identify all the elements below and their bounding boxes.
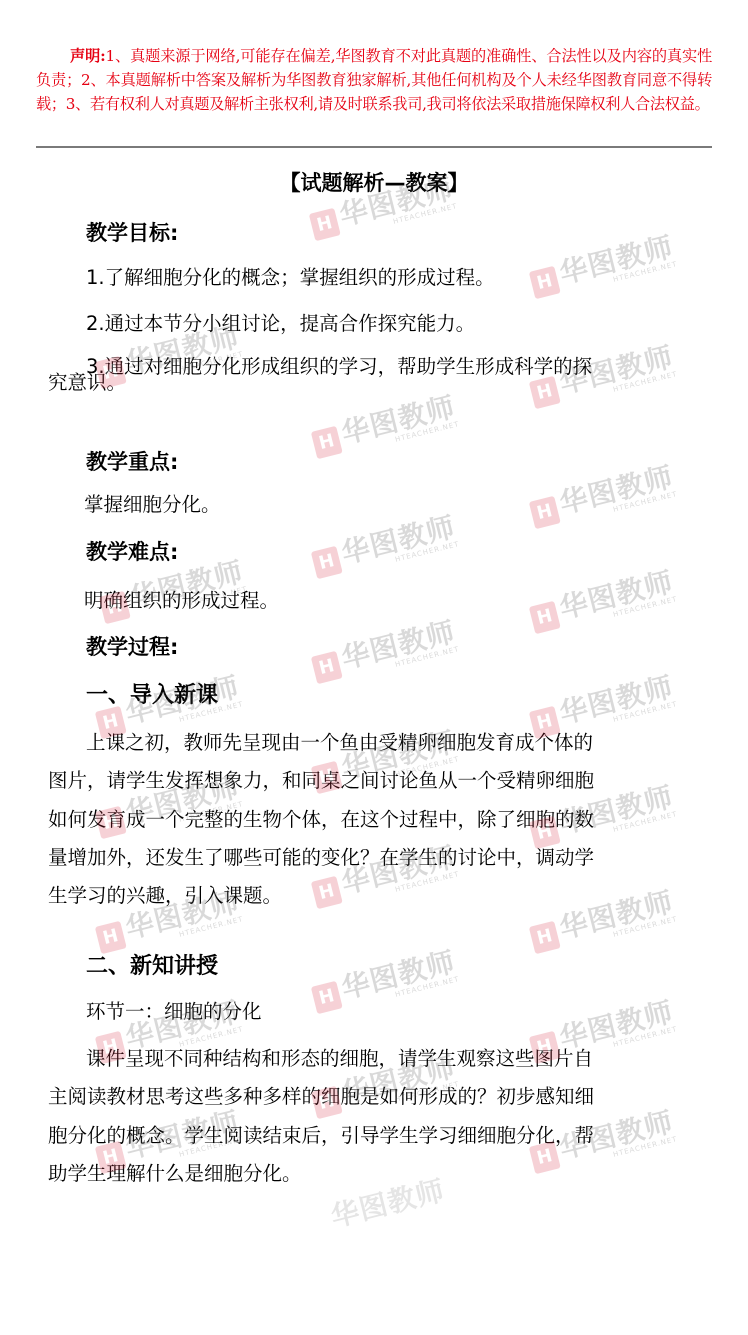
part2-heading: 二、新知讲授 (86, 952, 712, 982)
disclaimer-body: 1、真题来源于网络,可能存在偏差,华图教育不对此真题的准确性、合法性以及内容的真… (36, 47, 712, 113)
watermark-logo-icon: H (95, 921, 127, 954)
paragraph-line: 课件呈现不同种结构和形态的细胞，请学生观察这些图片自 (48, 1040, 712, 1078)
key-point-heading: 教学重点: (86, 447, 712, 477)
objective-item-cont: 究意识。 (48, 368, 674, 398)
watermark-text: 华图教师 (339, 393, 458, 448)
document-title: 【试题解析—教案】 (0, 168, 748, 198)
paragraph-line: 主阅读教材思考这些多种多样的细胞是如何形成的？初步感知细 (48, 1078, 712, 1116)
paragraph-line: 上课之初，教师先呈现由一个鱼由受精卵细胞发育成个体的 (48, 724, 712, 762)
watermark-subtext: HTEACHER.NET (130, 915, 245, 951)
part2-paragraph: 课件呈现不同种结构和形态的细胞，请学生观察这些图片自 主阅读教材思考这些多种多样… (48, 1040, 712, 1193)
divider (36, 146, 712, 148)
process-heading: 教学过程: (86, 632, 712, 662)
watermark-logo-icon: H (529, 921, 561, 954)
difficulty-heading: 教学难点: (86, 537, 712, 567)
difficulty-text: 明确组织的形成过程。 (84, 586, 710, 616)
paragraph-line: 助学生理解什么是细胞分化。 (48, 1155, 712, 1193)
disclaimer: 声明:1、真题来源于网络,可能存在偏差,华图教育不对此真题的准确性、合法性以及内… (36, 44, 712, 116)
part1-heading: 一、导入新课 (86, 681, 712, 711)
key-point-text: 掌握细胞分化。 (84, 490, 710, 520)
objectives-heading: 教学目标: (86, 218, 712, 248)
paragraph-line: 如何发育成一个完整的生物个体，在这个过程中，除了细胞的数 (48, 801, 712, 839)
objective-item: 2.通过本节分小组讨论，提高合作探究能力。 (86, 309, 712, 339)
paragraph-line: 胞分化的概念。学生阅读结束后，引导学生学习细细胞分化，帮 (48, 1117, 712, 1155)
paragraph-line: 生学习的兴趣，引入课题。 (48, 877, 712, 915)
part2-subheading: 环节一：细胞的分化 (86, 997, 712, 1027)
objective-item: 1.了解细胞分化的概念；掌握组织的形成过程。 (86, 263, 712, 293)
paragraph-line: 量增加外，还发生了哪些可能的变化？在学生的讨论中，调动学 (48, 839, 712, 877)
paragraph-line: 图片，请学生发挥想象力，和同桌之间讨论鱼从一个受精卵细胞 (48, 762, 712, 800)
watermark-subtext: HTEACHER.NET (564, 915, 679, 951)
part1-paragraph: 上课之初，教师先呈现由一个鱼由受精卵细胞发育成个体的 图片，请学生发挥想象力，和… (48, 724, 712, 915)
disclaimer-lead: 声明: (70, 47, 105, 65)
